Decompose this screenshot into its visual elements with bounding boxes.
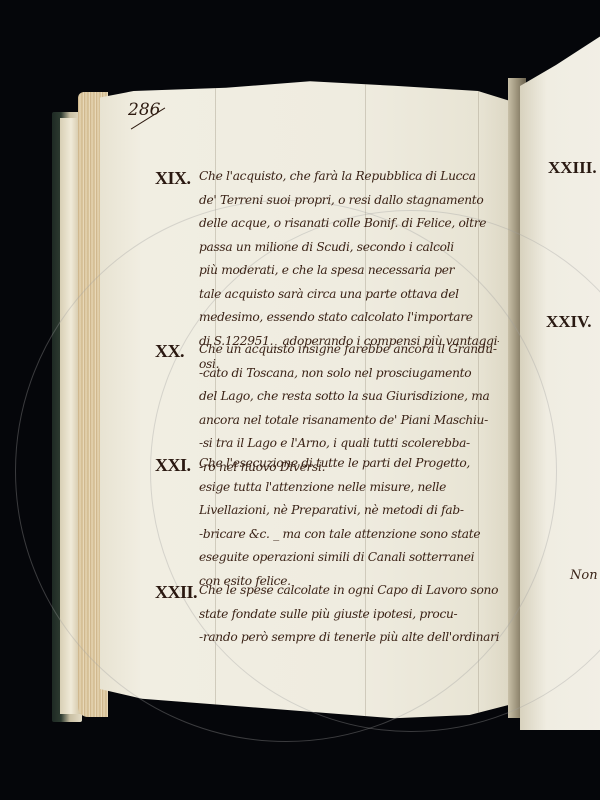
section-numeral: XXII.	[155, 582, 197, 603]
right-text-fragment: Non	[570, 568, 598, 583]
text-line: Livellazioni, nè Preparativi, nè metodi …	[199, 499, 499, 523]
text-line: -cato di Toscana, non solo nel prosciuga…	[199, 362, 499, 386]
text-line: tale acquisto sarà circa una parte ottav…	[199, 283, 499, 307]
text-line: Che un acquisto insigne farebbe ancora i…	[199, 338, 499, 362]
text-line: de' Terreni suoi propri, o resi dallo st…	[199, 189, 499, 213]
text-line: -bricare &c. _ ma con tale attenzione so…	[199, 523, 499, 547]
text-line: più moderati, e che la spesa necessaria …	[199, 259, 499, 283]
section-numeral: XX.	[155, 341, 184, 362]
right-section-numeral: XXIV.	[546, 312, 592, 332]
text-line: Che le spese calcolate in ogni Capo di L…	[199, 579, 499, 603]
text-line: eseguite operazioni simili di Canali sot…	[199, 546, 499, 570]
text-line: Che l'acquisto, che farà la Repubblica d…	[199, 165, 499, 189]
book-photograph: 286 XIX. Che l'acquisto, che farà la Rep…	[0, 0, 600, 800]
text-line: del Lago, che resta sotto la sua Giurisd…	[199, 385, 499, 409]
text-line: delle acque, o risanati colle Bonif. di …	[199, 212, 499, 236]
text-line: Che l'esecuzione di tutte le parti del P…	[199, 452, 499, 476]
text-line: esige tutta l'attenzione nelle misure, n…	[199, 476, 499, 500]
section-numeral: XIX.	[155, 168, 191, 189]
right-section-numeral: XXIII.	[548, 158, 597, 178]
section-numeral: XXI.	[155, 455, 191, 476]
text-line: ancora nel totale risanamento de' Piani …	[199, 409, 499, 433]
page-number: 286	[128, 100, 160, 120]
text-line: medesimo, essendo stato calcolato l'impo…	[199, 306, 499, 330]
text-line: -rando però sempre di tenerle più alte d…	[199, 626, 499, 650]
text-line: passa un milione di Scudi, secondo i cal…	[199, 236, 499, 260]
text-line: state fondate sulle più giuste ipotesi, …	[199, 603, 499, 627]
